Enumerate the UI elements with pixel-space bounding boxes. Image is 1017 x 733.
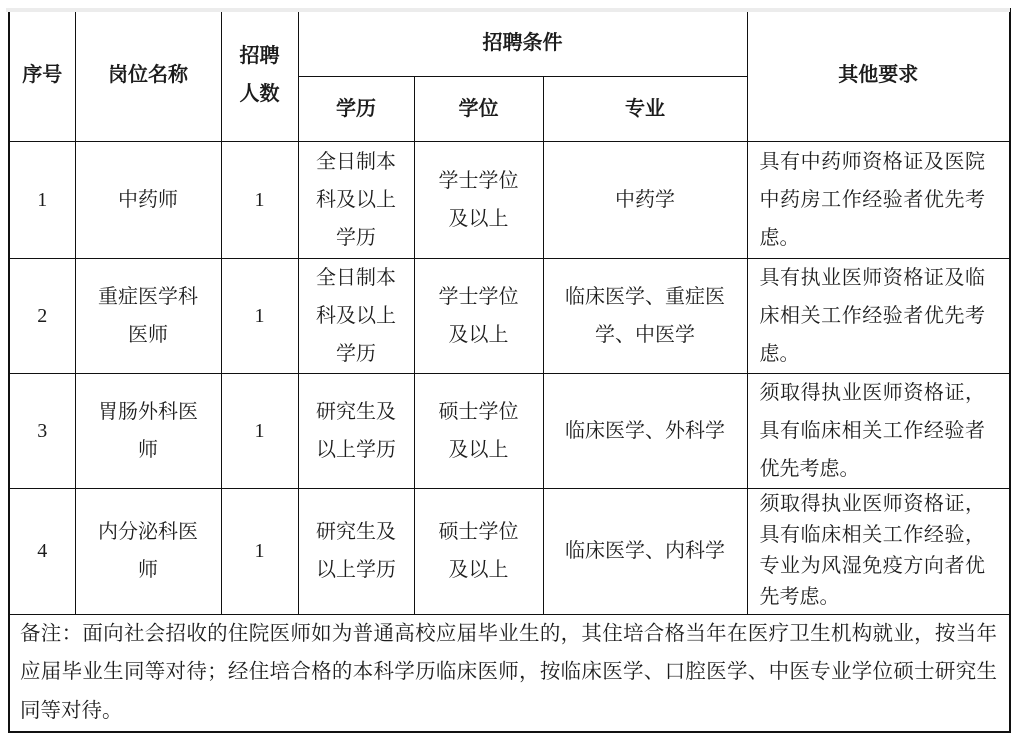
recruitment-table: 序号 岗位名称 招聘人数 招聘条件 其他要求 学历 学位 专业 1 中药师 1 …: [8, 8, 1011, 733]
cell-headcount: 1: [221, 141, 298, 258]
header-other: 其他要求: [747, 9, 1010, 141]
note-text: 备注：面向社会招收的住院医师如为普通高校应届毕业生的，其住培合格当年在医疗卫生机…: [9, 614, 1010, 732]
cell-position: 内分泌科医师: [75, 488, 221, 614]
cell-no: 1: [9, 141, 75, 258]
header-degree: 学位: [414, 76, 543, 141]
table-row: 1 中药师 1 全日制本科及以上学历 学士学位及以上 中药学 具有中药师资格证及…: [9, 141, 1010, 258]
cell-position: 重症医学科医师: [75, 258, 221, 373]
cell-position: 中药师: [75, 141, 221, 258]
header-no: 序号: [9, 9, 75, 141]
cell-headcount: 1: [221, 258, 298, 373]
cell-major: 中药学: [543, 141, 747, 258]
cell-headcount: 1: [221, 488, 298, 614]
cell-no: 4: [9, 488, 75, 614]
table-row: 3 胃肠外科医师 1 研究生及以上学历 硕士学位及以上 临床医学、外科学 须取得…: [9, 373, 1010, 488]
cell-degree: 硕士学位及以上: [414, 488, 543, 614]
cell-position: 胃肠外科医师: [75, 373, 221, 488]
cell-education: 研究生及以上学历: [298, 373, 414, 488]
scan-artifact-strip: [6, 8, 1010, 12]
note-row: 备注：面向社会招收的住院医师如为普通高校应届毕业生的，其住培合格当年在医疗卫生机…: [9, 614, 1010, 732]
cell-other-requirements: 具有执业医师资格证及临床相关工作经验者优先考虑。: [747, 258, 1010, 373]
header-position: 岗位名称: [75, 9, 221, 141]
cell-no: 2: [9, 258, 75, 373]
cell-other-requirements: 具有中药师资格证及医院中药房工作经验者优先考虑。: [747, 141, 1010, 258]
cell-degree: 硕士学位及以上: [414, 373, 543, 488]
table-row: 2 重症医学科医师 1 全日制本科及以上学历 学士学位及以上 临床医学、重症医学…: [9, 258, 1010, 373]
cell-degree: 学士学位及以上: [414, 258, 543, 373]
cell-other-requirements: 须取得执业医师资格证，具有临床相关工作经验者优先考虑。: [747, 373, 1010, 488]
cell-education: 全日制本科及以上学历: [298, 258, 414, 373]
cell-education: 全日制本科及以上学历: [298, 141, 414, 258]
header-major: 专业: [543, 76, 747, 141]
cell-headcount: 1: [221, 373, 298, 488]
header-conditions: 招聘条件: [298, 9, 747, 76]
cell-no: 3: [9, 373, 75, 488]
cell-major: 临床医学、重症医学、中医学: [543, 258, 747, 373]
cell-degree: 学士学位及以上: [414, 141, 543, 258]
cell-major: 临床医学、内科学: [543, 488, 747, 614]
cell-education: 研究生及以上学历: [298, 488, 414, 614]
cell-major: 临床医学、外科学: [543, 373, 747, 488]
cell-other-requirements: 须取得执业医师资格证，具有临床相关工作经验，专业为风湿免疫方向者优先考虑。: [747, 488, 1010, 614]
header-education: 学历: [298, 76, 414, 141]
table-row: 4 内分泌科医师 1 研究生及以上学历 硕士学位及以上 临床医学、内科学 须取得…: [9, 488, 1010, 614]
header-headcount: 招聘人数: [221, 9, 298, 141]
